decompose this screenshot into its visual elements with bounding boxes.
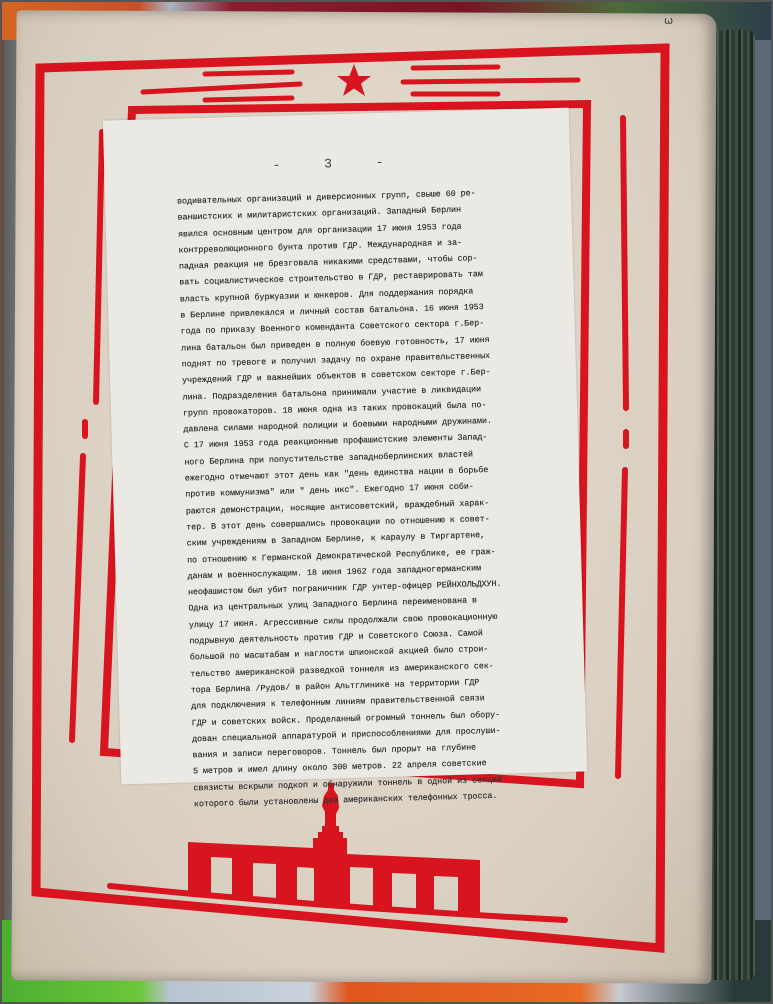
red-star-icon xyxy=(337,64,371,96)
page-number: - 3 - xyxy=(104,150,570,178)
typewritten-text: водивательных организаций и диверсионных… xyxy=(177,184,554,813)
typewritten-sheet: - 3 - водивательных организаций и диверс… xyxy=(103,108,587,785)
corner-pencil-mark: ѡ xyxy=(664,14,673,27)
